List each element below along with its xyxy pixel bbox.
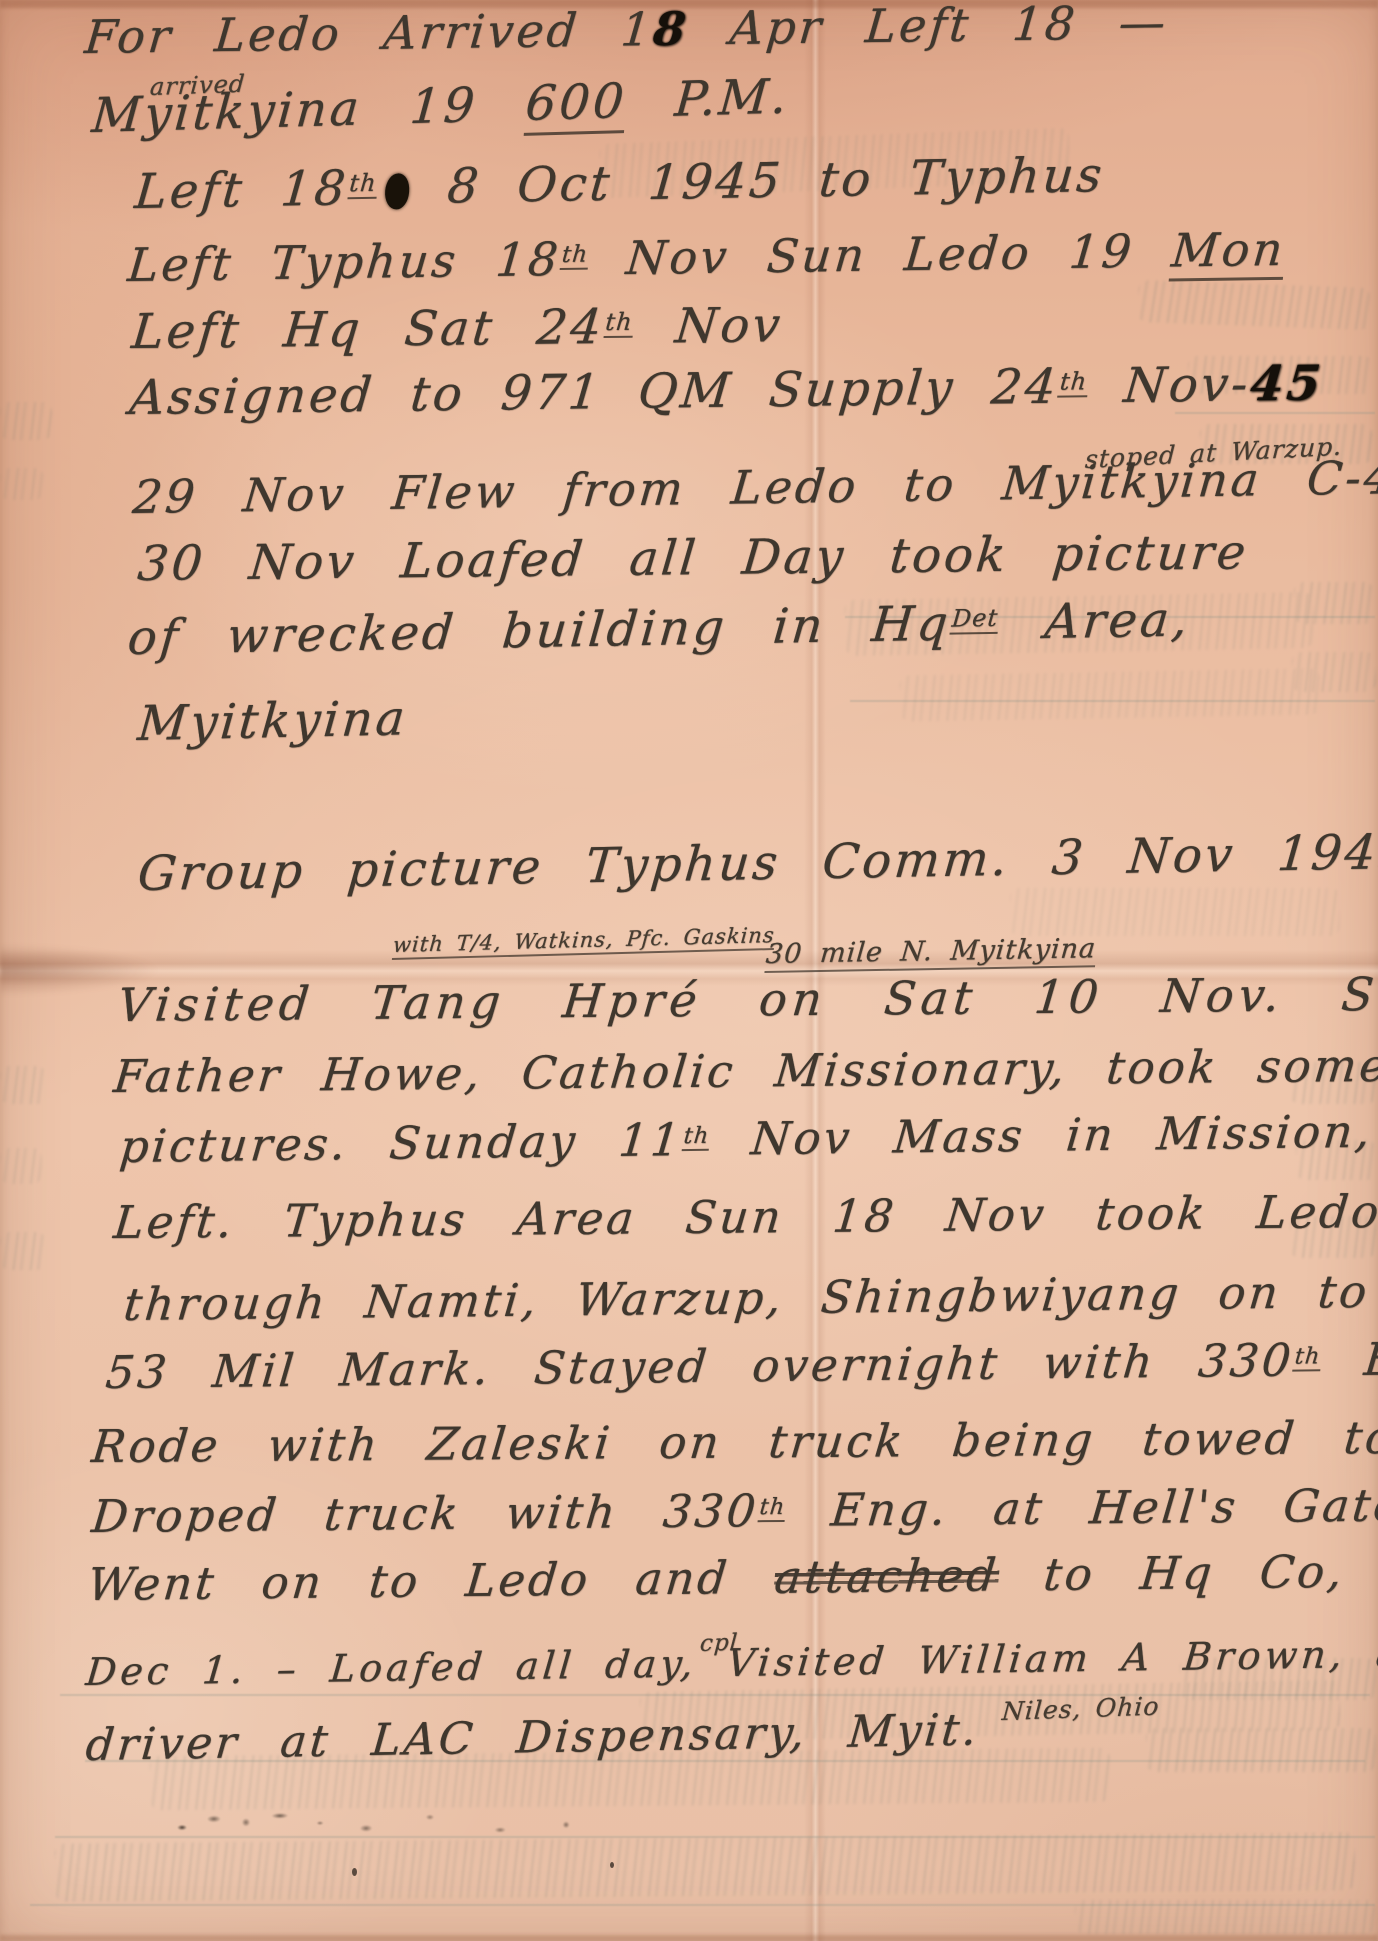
line-29-nov-flew: 29 Nov Flew from Ledo to Myitkyina C-4 bbox=[131, 452, 1378, 522]
text-segment: Eng. bbox=[1319, 1332, 1378, 1387]
bottom-edge-shadow bbox=[0, 1935, 1378, 1941]
text-segment: 8 Oct 1945 to Typhus bbox=[409, 147, 1107, 215]
text-segment: Nov- bbox=[1085, 356, 1253, 414]
line-assigned-971: Assigned to 971 QM Supply 24th Nov-45 bbox=[128, 357, 1326, 424]
bleedthrough-mark bbox=[1010, 888, 1340, 936]
bleedthrough-mark bbox=[55, 1832, 1355, 1901]
text-segment: Myitkyina bbox=[136, 690, 410, 752]
line-left-8-oct: Left 18th 8 Oct 1945 to Typhus bbox=[133, 149, 1107, 219]
text-segment: th bbox=[560, 242, 591, 270]
text-segment: Father Howe, Catholic Missionary, took s… bbox=[111, 1039, 1378, 1103]
text-segment: Left. Typhus Area Sun 18 Nov took Ledo R… bbox=[111, 1183, 1378, 1249]
text-segment: Left Hq Sat 24 bbox=[129, 299, 606, 360]
text-segment: Assigned to 971 QM Supply 24 bbox=[127, 359, 1061, 426]
line-53-mil-mark: 53 Mil Mark. Stayed overnight with 330th… bbox=[104, 1334, 1378, 1398]
bleedthrough-mark bbox=[1294, 582, 1374, 624]
bleedthrough-mark bbox=[0, 468, 44, 500]
text-segment: Left 18 bbox=[133, 160, 351, 220]
text-segment: Visited Tang Hpré on Sat 10 Nov. Saw bbox=[115, 966, 1378, 1032]
text-segment: th bbox=[347, 169, 379, 200]
text-segment: Droped truck with 330 bbox=[89, 1484, 760, 1543]
line-left-hq: Left Hq Sat 24th Nov bbox=[130, 299, 786, 359]
line-arrived-ledo: For Ledo Arrived 18 Apr Left 18 — bbox=[83, 0, 1171, 63]
text-segment: 29 Nov Flew from Ledo to Myitkyina C-4 bbox=[131, 450, 1378, 524]
line-left-typhus-18-nov: Left Typhus 18th Nov Sun Ledo 19 Mon bbox=[126, 224, 1288, 291]
text-segment: Left Typhus 18 bbox=[126, 232, 564, 292]
line-myitkyina: Myitkyina bbox=[136, 692, 410, 750]
text-segment: Det bbox=[950, 604, 1001, 635]
line-through-namti: through Namti, Warzup, Shingbwiyang on t… bbox=[122, 1267, 1372, 1330]
line-droped-truck: Droped truck with 330th Eng. at Hell's G… bbox=[90, 1481, 1378, 1542]
line-rode-with-zaleski: Rode with Zaleski on truck being towed t… bbox=[90, 1412, 1378, 1472]
line-pictures-sunday: pictures. Sunday 11th Nov Mass in Missio… bbox=[118, 1105, 1378, 1172]
text-segment: Rode with Zaleski on truck being towed t… bbox=[89, 1410, 1378, 1473]
text-segment: to Hq Co, LAC bbox=[996, 1543, 1378, 1601]
text-segment: For Ledo Arrived 1 bbox=[83, 2, 656, 64]
text-segment: Area, bbox=[996, 591, 1192, 650]
text-segment: 53 Mil Mark. Stayed overnight with 330 bbox=[104, 1334, 1297, 1399]
text-segment: Nov bbox=[631, 297, 786, 355]
annotation-30-mile: 30 mile N. Myitkyina bbox=[765, 934, 1098, 969]
ink-speck bbox=[352, 1868, 357, 1876]
text-segment: 30 Nov Loafed all Day took picture bbox=[135, 524, 1251, 592]
ink-speck bbox=[610, 1862, 614, 1868]
line-visited-tang-hpre: Visited Tang Hpré on Sat 10 Nov. Saw bbox=[116, 968, 1378, 1030]
bleedthrough-mark bbox=[0, 1066, 46, 1104]
line-left-typhus-area: Left. Typhus Area Sun 18 Nov took Ledo R… bbox=[112, 1185, 1378, 1247]
text-segment: Nov Mass in Mission, Myit bbox=[708, 1103, 1378, 1166]
text-segment: pictures. Sunday 11 bbox=[118, 1113, 685, 1173]
bleedthrough-mark bbox=[0, 1148, 42, 1184]
text-segment: th bbox=[681, 1122, 711, 1150]
bleedthrough-mark bbox=[1137, 280, 1370, 330]
text-segment: through Namti, Warzup, Shingbwiyang on t… bbox=[122, 1265, 1372, 1331]
text-segment: th bbox=[1293, 1343, 1323, 1371]
text-segment: Mon bbox=[1169, 222, 1288, 282]
text-segment: P.M. bbox=[624, 69, 791, 130]
annotation-niles-ohio: Niles, Ohio bbox=[1001, 1693, 1160, 1726]
text-segment: 45 bbox=[1248, 355, 1326, 412]
diary-page: For Ledo Arrived 18 Apr Left 18 — arrive… bbox=[0, 0, 1378, 1941]
text-segment: Apr Left 18 — bbox=[686, 0, 1171, 56]
bleedthrough-mark bbox=[1292, 652, 1376, 692]
text-segment: attached bbox=[772, 1548, 1001, 1603]
annotation-with-watkins: with T/4, Watkins, Pfc. Gaskins bbox=[392, 924, 776, 957]
line-father-howe: Father Howe, Catholic Missionary, took s… bbox=[112, 1041, 1378, 1102]
line-went-on-to-ledo: Went on to Ledo and attached to Hq Co, L… bbox=[86, 1545, 1378, 1609]
text-segment: th bbox=[1058, 367, 1090, 397]
text-segment: 600 bbox=[523, 73, 629, 136]
text-segment: of wrecked building in Hq bbox=[126, 596, 953, 666]
text-segment: th bbox=[757, 1494, 787, 1522]
text-segment: Eng. at Hell's Gate bbox=[783, 1479, 1378, 1537]
bleedthrough-mark bbox=[0, 402, 52, 440]
text-segment: Went on to Ledo and bbox=[86, 1551, 778, 1611]
bleedthrough-mark bbox=[1075, 1900, 1375, 1934]
line-wrecked-building: of wrecked building in HqDet Area, bbox=[126, 593, 1193, 664]
text-segment: 30 mile N. Myitkyina bbox=[764, 933, 1097, 973]
line-30-nov-loafed: 30 Nov Loafed all Day took picture bbox=[136, 526, 1251, 590]
bleedthrough-mark bbox=[1146, 1728, 1376, 1772]
text-segment: Niles, Ohio bbox=[1001, 1692, 1161, 1726]
text-segment: th bbox=[603, 308, 635, 338]
ink-blot bbox=[383, 173, 410, 209]
text-segment: Nov Sun Ledo 19 bbox=[586, 223, 1174, 285]
bleedthrough-mark bbox=[900, 668, 1321, 721]
text-segment: with T/4, Watkins, Pfc. Gaskins bbox=[392, 923, 776, 960]
bleedthrough-mark bbox=[0, 1232, 46, 1270]
text-segment: 8 bbox=[651, 2, 691, 56]
text-segment: Myitkyina 19 bbox=[90, 76, 528, 144]
